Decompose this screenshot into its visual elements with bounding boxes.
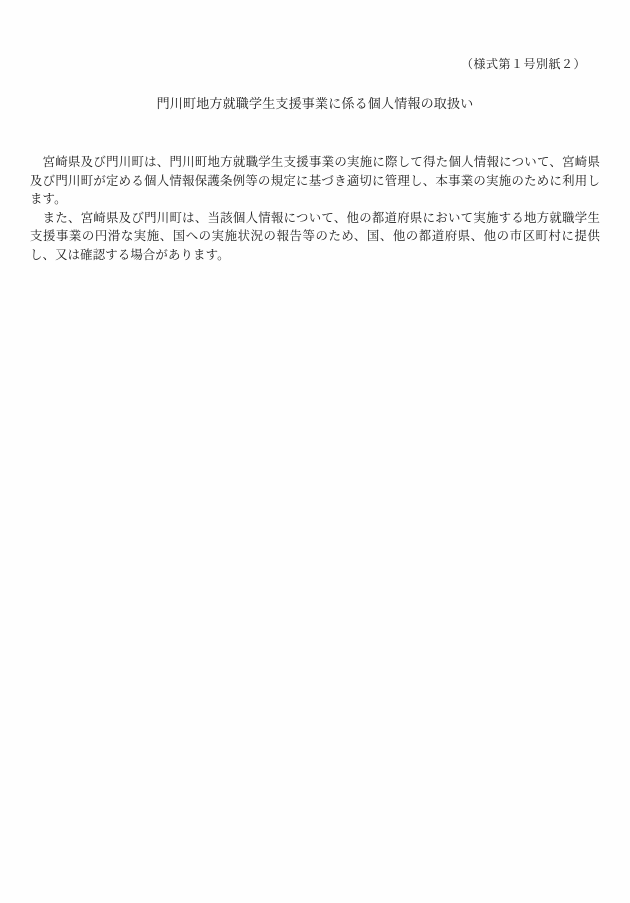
form-number-label: （様式第１号別紙２） bbox=[461, 56, 586, 72]
body-paragraph-2: また、宮崎県及び門川町は、当該個人情報について、他の都道府県において実施する地方… bbox=[30, 209, 600, 265]
document-page: （様式第１号別紙２） 門川町地方就職学生支援事業に係る個人情報の取扱い 宮崎県及… bbox=[0, 0, 630, 903]
body-paragraph-1: 宮崎県及び門川町は、門川町地方就職学生支援事業の実施に際して得た個人情報について… bbox=[30, 153, 600, 209]
document-title: 門川町地方就職学生支援事業に係る個人情報の取扱い bbox=[0, 95, 630, 112]
document-body: 宮崎県及び門川町は、門川町地方就職学生支援事業の実施に際して得た個人情報について… bbox=[30, 153, 600, 265]
